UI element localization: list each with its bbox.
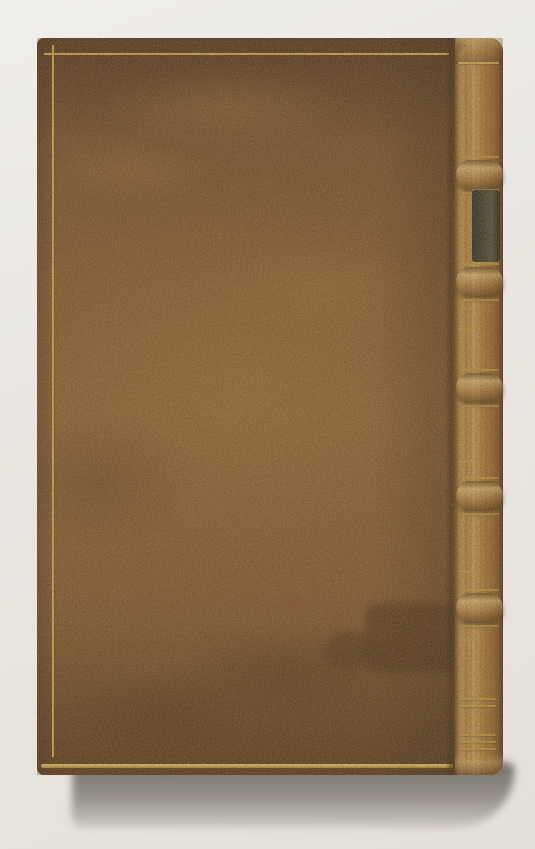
spine-raised-band — [456, 593, 503, 623]
gilt-tooling-remnant — [458, 328, 475, 331]
red-stain — [329, 610, 345, 622]
spine-raised-band — [456, 373, 503, 403]
tail-gilt-line — [460, 741, 496, 743]
tail-gilt-line — [460, 698, 496, 700]
gilt-tooling-remnant — [458, 638, 475, 641]
photo — [0, 0, 535, 849]
rubbed-dark-patch — [365, 604, 457, 672]
red-stain — [287, 596, 303, 608]
spine-raised-band — [456, 160, 503, 190]
rubbed-dark-spot — [325, 630, 371, 670]
book — [37, 38, 503, 775]
spine-raised-band — [456, 481, 503, 511]
front-cover — [37, 38, 457, 775]
gilt-bottom-edge — [41, 764, 453, 768]
gilt-tooling-remnant — [458, 460, 475, 463]
gilt-border-top-rule — [44, 53, 449, 55]
tail-gilt-line — [460, 748, 496, 750]
tail-gilt-line — [460, 734, 496, 736]
tail-gilt-line — [460, 705, 496, 707]
gilt-border-left-rule — [52, 45, 54, 757]
spine-raised-band — [456, 267, 503, 297]
spine — [455, 38, 503, 775]
spine-label — [472, 190, 500, 262]
headcap-gilt-line — [458, 62, 499, 64]
gilt-tooling-remnant — [458, 570, 475, 573]
